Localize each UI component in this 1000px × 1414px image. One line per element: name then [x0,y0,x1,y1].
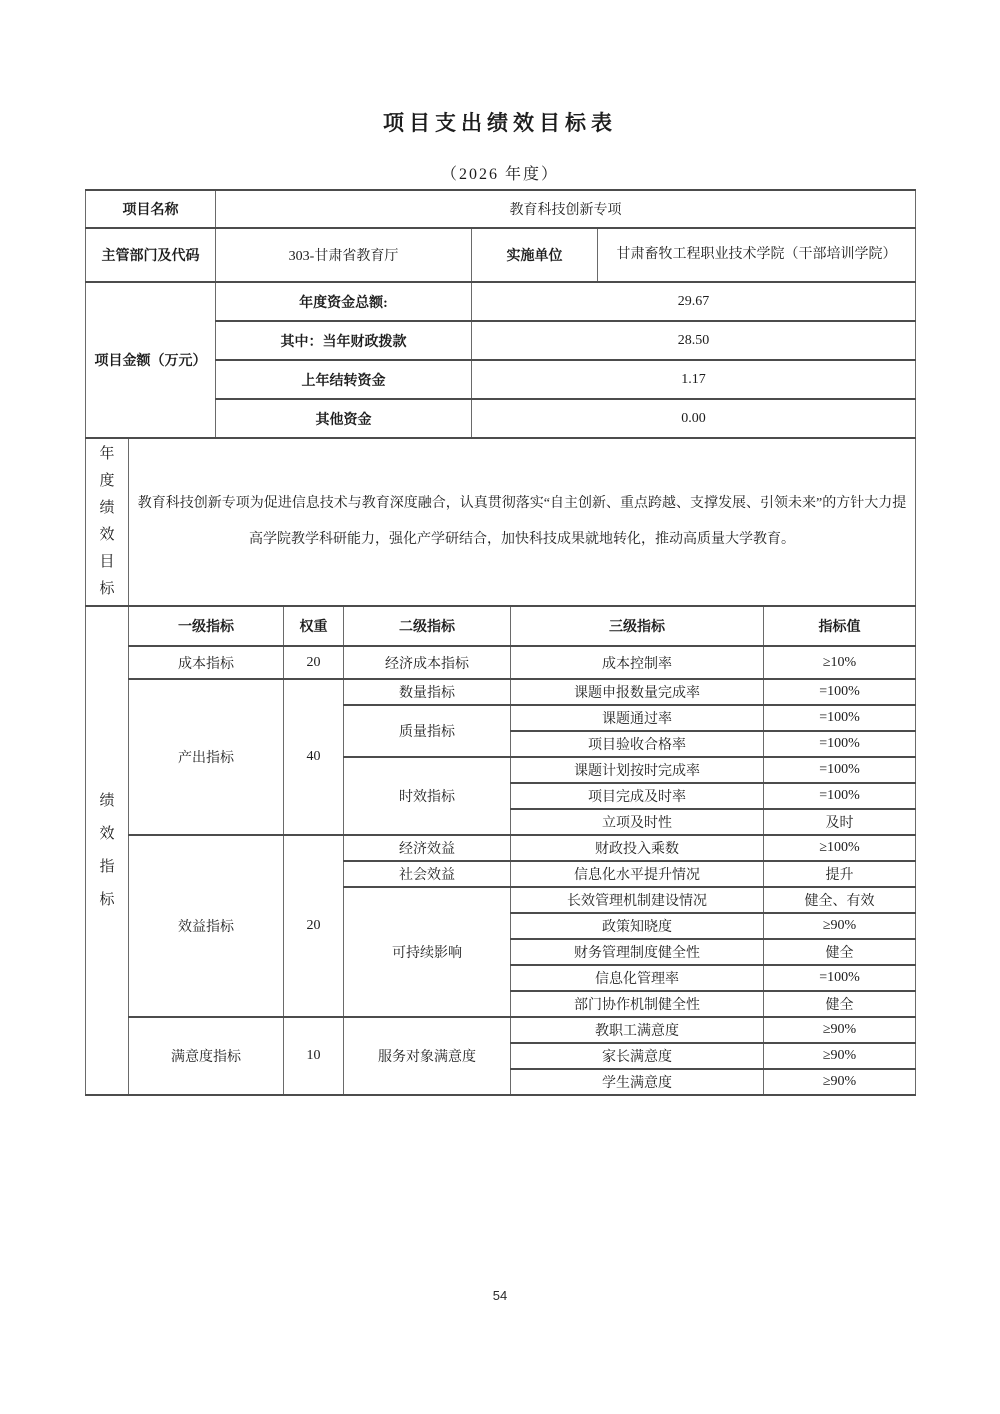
indicator-row: 效益指标 20 经济效益 财政投入乘数 ≥100% [86,835,916,861]
amount-row: 项目金额（万元） 年度资金总额: 29.67 [86,282,916,321]
indicator-value-cell: 健全 [764,939,916,965]
project-name-label-cell: 项目名称 [86,190,216,228]
indicator-value-cell: ≥100% [764,835,916,861]
amount-row-value-cell: 29.67 [472,282,916,321]
indicator-weight-cell: 10 [284,1017,344,1095]
indicator-header-row: 绩效指标 一级指标 权重 二级指标 三级指标 指标值 [86,606,916,646]
project-name-row: 项目名称 教育科技创新专项 [86,190,916,228]
project-name-value-cell: 教育科技创新专项 [216,190,916,228]
indicator-value-cell: ≥10% [764,646,916,679]
department-row: 主管部门及代码 303-甘肃省教育厅 实施单位 甘肃畜牧工程职业技术学院（干部培… [86,228,916,282]
indicator-value-cell: 健全、有效 [764,887,916,913]
indicator-value-cell: =100% [764,757,916,783]
page-number: 54 [0,1288,1000,1303]
indicator-header-level1: 一级指标 [129,606,284,646]
indicator-level3-cell: 成本控制率 [511,646,764,679]
indicator-value-cell: =100% [764,783,916,809]
indicator-row: 产出指标 40 数量指标 课题申报数量完成率 =100% [86,679,916,705]
page-subtitle: （2026 年度） [0,161,1000,184]
unit-label-cell: 实施单位 [472,228,598,282]
amount-row-label-cell: 上年结转资金 [216,360,472,399]
dept-label-cell: 主管部门及代码 [86,228,216,282]
indicator-row: 满意度指标 10 服务对象满意度 教职工满意度 ≥90% [86,1017,916,1043]
indicator-header-value: 指标值 [764,606,916,646]
indicator-value-cell: ≥90% [764,1043,916,1069]
indicator-level2-cell: 时效指标 [344,757,511,835]
indicator-level3-cell: 信息化水平提升情况 [511,861,764,887]
indicator-value-cell: 及时 [764,809,916,835]
indicator-level1-cell: 成本指标 [129,646,284,679]
indicator-value-cell: =100% [764,705,916,731]
indicator-weight-cell: 40 [284,679,344,835]
document-page: 项目支出绩效目标表 （2026 年度） 项目名称 教育科技创新专项 主管部门及代… [0,0,1000,1414]
indicator-level2-cell: 经济成本指标 [344,646,511,679]
amount-label-cell: 项目金额（万元） [86,282,216,438]
indicator-level3-cell: 部门协作机制健全性 [511,991,764,1017]
indicator-level3-cell: 课题计划按时完成率 [511,757,764,783]
dept-value-cell: 303-甘肃省教育厅 [216,228,472,282]
amount-row-label-cell: 其他资金 [216,399,472,438]
annual-goal-row: 年度绩效目标 教育科技创新专项为促进信息技术与教育深度融合，认真贯彻落实“自主创… [86,438,916,606]
indicators-label-cell: 绩效指标 [86,606,129,1095]
indicator-level1-cell: 效益指标 [129,835,284,1017]
indicator-level2-cell: 可持续影响 [344,887,511,1017]
indicator-level3-cell: 课题通过率 [511,705,764,731]
indicator-value-cell: =100% [764,679,916,705]
indicator-level2-cell: 数量指标 [344,679,511,705]
indicator-header-weight: 权重 [284,606,344,646]
annual-goal-text-cell: 教育科技创新专项为促进信息技术与教育深度融合，认真贯彻落实“自主创新、重点跨越、… [129,438,916,606]
annual-goal-label: 年度绩效目标 [99,441,115,603]
indicator-weight-cell: 20 [284,835,344,1017]
indicator-level1-cell: 满意度指标 [129,1017,284,1095]
indicator-level3-cell: 教职工满意度 [511,1017,764,1043]
amount-row-value-cell: 1.17 [472,360,916,399]
performance-target-table: 项目名称 教育科技创新专项 主管部门及代码 303-甘肃省教育厅 实施单位 甘肃… [85,189,916,1096]
indicator-level3-cell: 项目完成及时率 [511,783,764,809]
indicator-level3-cell: 信息化管理率 [511,965,764,991]
indicator-level3-cell: 学生满意度 [511,1069,764,1095]
indicator-value-cell: =100% [764,731,916,757]
indicator-level1-cell: 产出指标 [129,679,284,835]
indicator-level2-cell: 社会效益 [344,861,511,887]
indicator-level2-cell: 服务对象满意度 [344,1017,511,1095]
page-title: 项目支出绩效目标表 [0,107,1000,137]
indicator-header-level2: 二级指标 [344,606,511,646]
indicators-label: 绩效指标 [99,785,115,917]
indicator-level2-cell: 质量指标 [344,705,511,757]
indicator-level3-cell: 课题申报数量完成率 [511,679,764,705]
amount-row-value-cell: 28.50 [472,321,916,360]
indicator-level3-cell: 家长满意度 [511,1043,764,1069]
amount-row-label-cell: 年度资金总额: [216,282,472,321]
unit-value-cell: 甘肃畜牧工程职业技术学院（干部培训学院） [598,228,916,282]
indicator-value-cell: ≥90% [764,913,916,939]
indicator-level3-cell: 长效管理机制建设情况 [511,887,764,913]
indicator-header-level3: 三级指标 [511,606,764,646]
amount-row-label-cell: 其中：当年财政拨款 [216,321,472,360]
indicator-level3-cell: 政策知晓度 [511,913,764,939]
indicator-row: 成本指标 20 经济成本指标 成本控制率 ≥10% [86,646,916,679]
indicator-value-cell: ≥90% [764,1017,916,1043]
indicator-level2-cell: 经济效益 [344,835,511,861]
annual-goal-label-cell: 年度绩效目标 [86,438,129,606]
indicator-value-cell: 提升 [764,861,916,887]
indicator-level3-cell: 财务管理制度健全性 [511,939,764,965]
amount-row-value-cell: 0.00 [472,399,916,438]
indicator-value-cell: 健全 [764,991,916,1017]
indicator-level3-cell: 立项及时性 [511,809,764,835]
indicator-level3-cell: 项目验收合格率 [511,731,764,757]
indicator-value-cell: =100% [764,965,916,991]
indicator-value-cell: ≥90% [764,1069,916,1095]
indicator-weight-cell: 20 [284,646,344,679]
indicator-level3-cell: 财政投入乘数 [511,835,764,861]
